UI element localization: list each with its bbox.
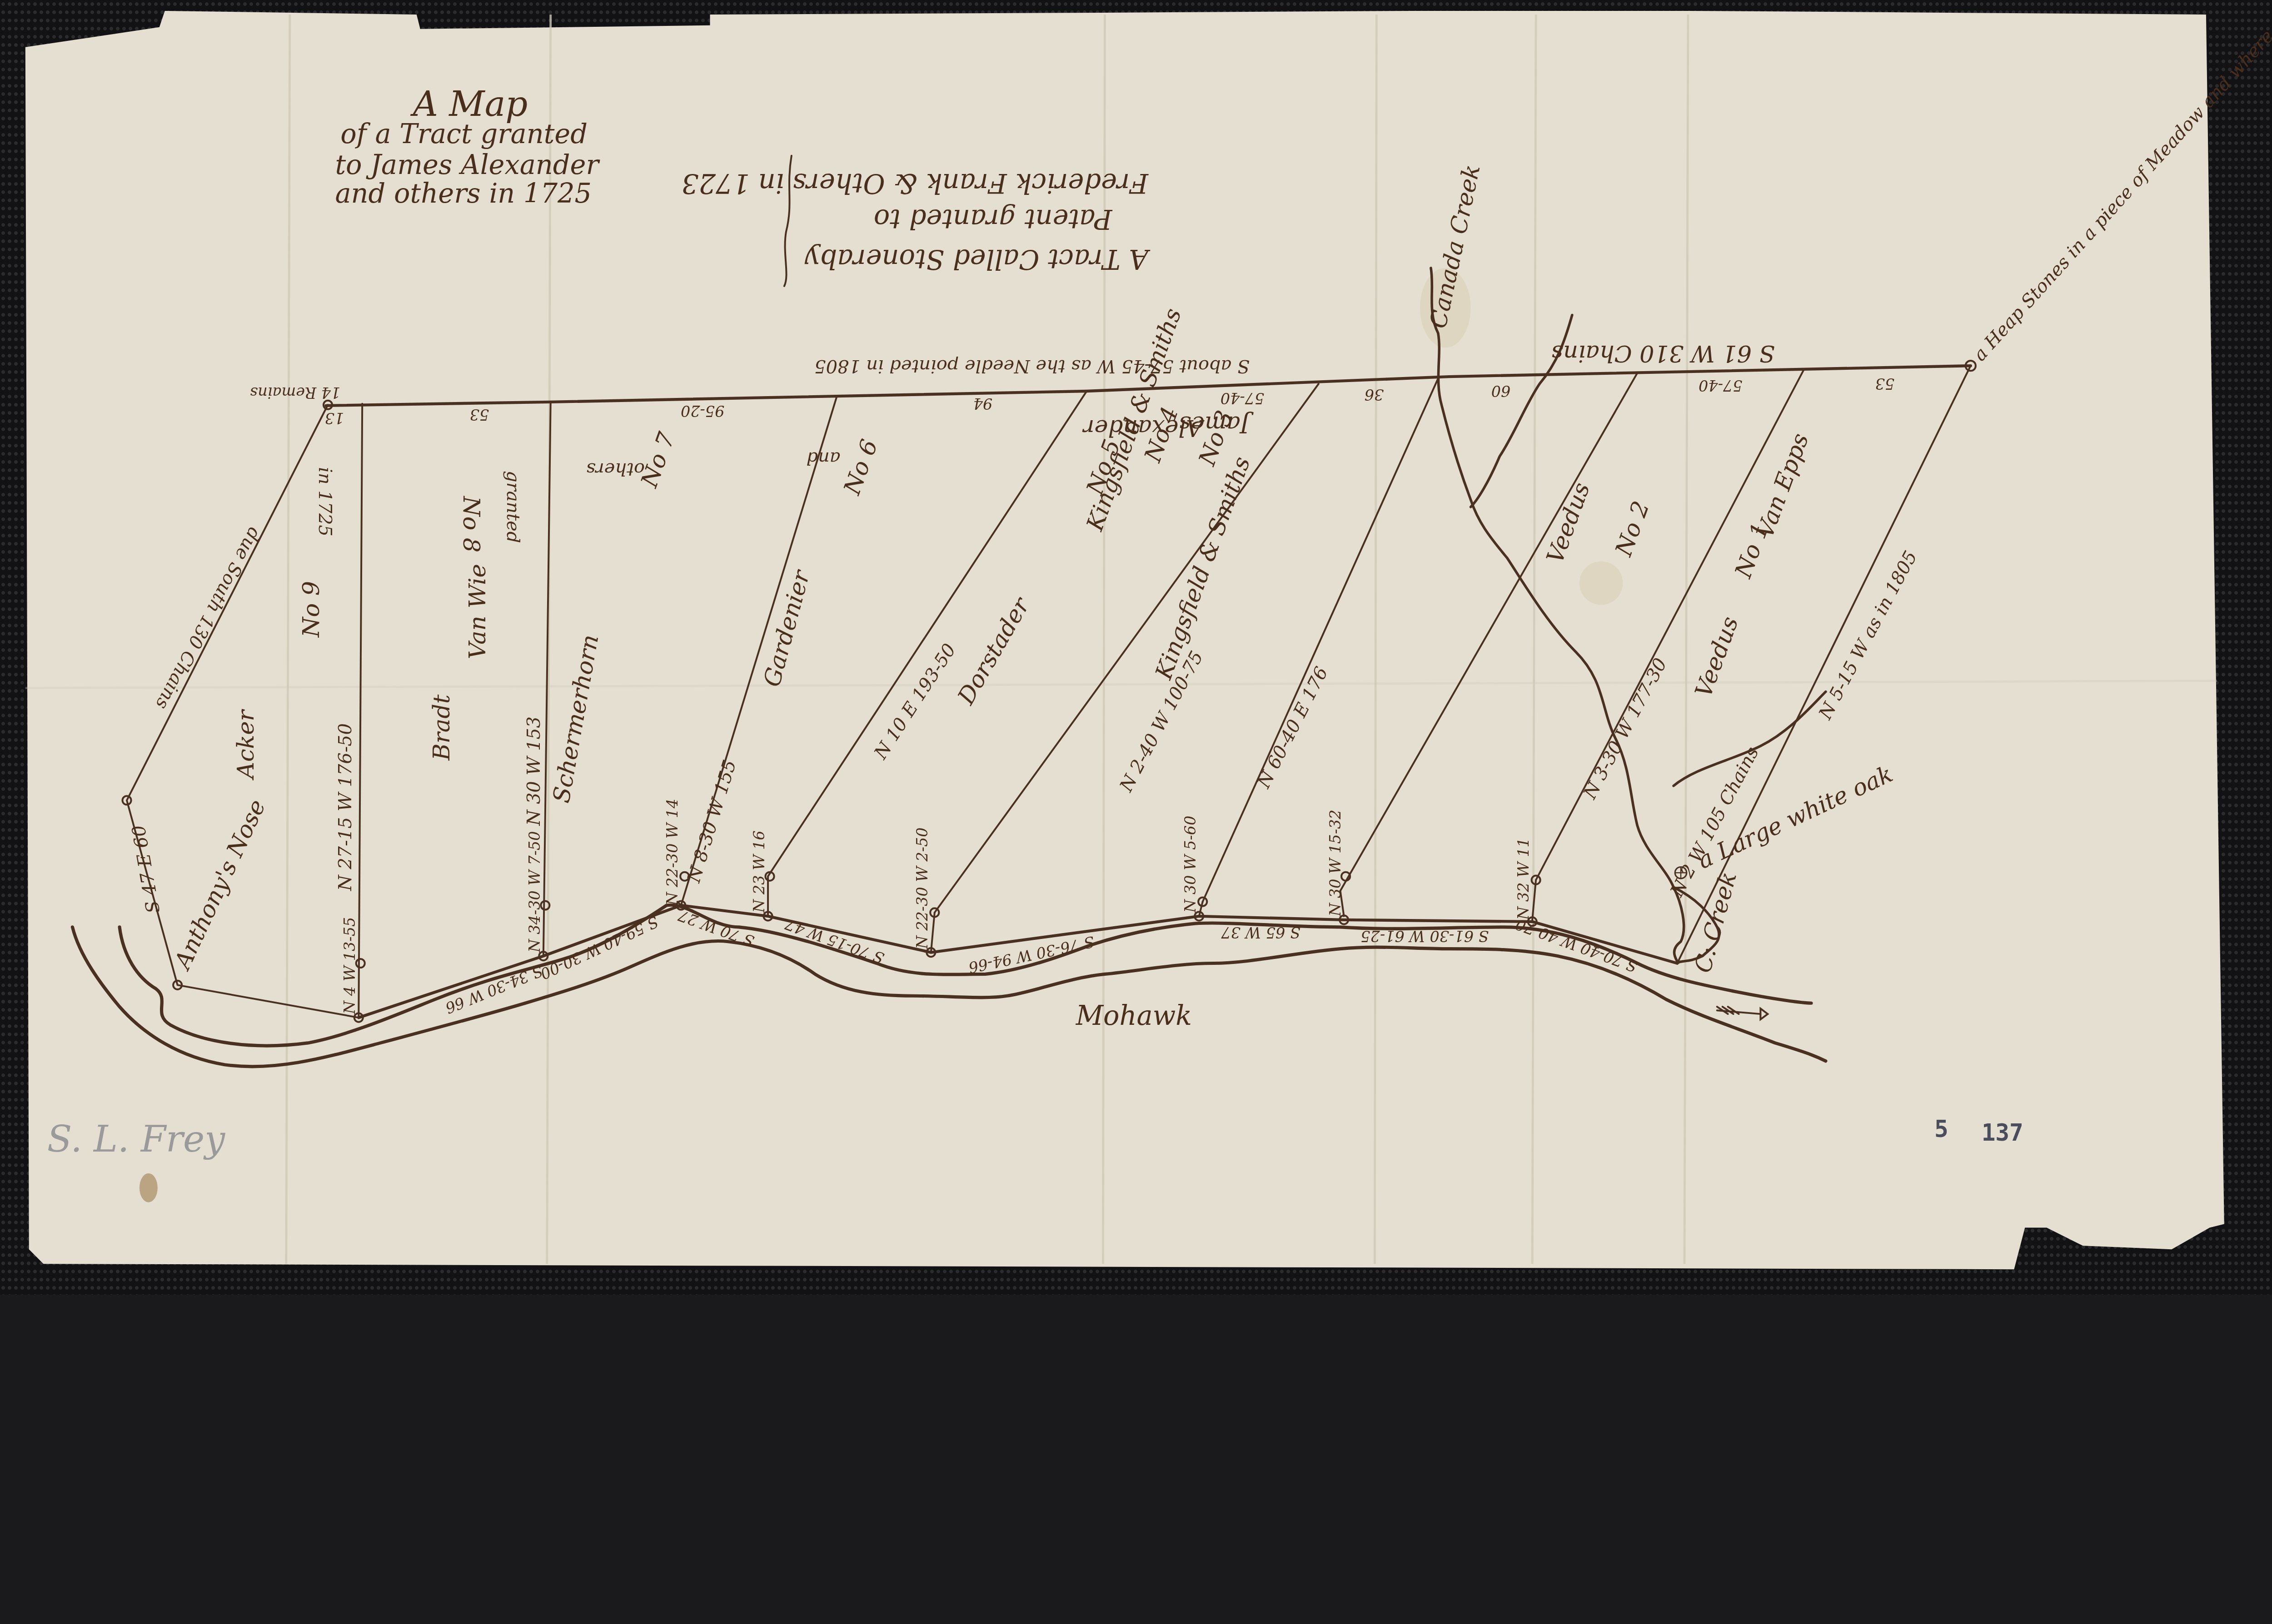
lot-9-note: in 1725 bbox=[314, 467, 335, 536]
lot-8-number: No 8 bbox=[458, 495, 484, 552]
segment-36: 36 bbox=[1365, 386, 1384, 403]
stain bbox=[1579, 561, 1623, 605]
inverted-note-line-2: Patent granted to bbox=[874, 204, 1113, 235]
title-line-3: to James Alexander bbox=[335, 149, 600, 180]
lot-8-owner: Bradt bbox=[428, 694, 455, 761]
lot-9-number: No 9 bbox=[298, 581, 325, 638]
short-bearing-2: N 34-30 W 7-50 bbox=[526, 831, 543, 953]
stamp-left: 5 bbox=[1934, 1116, 1948, 1143]
segment-57-40-b: 57-40 bbox=[1699, 377, 1742, 394]
corner-remains: 14 Remains bbox=[250, 384, 340, 402]
bearing-lot-line-2: N 30 W 153 bbox=[523, 716, 544, 826]
segment-13: 13 bbox=[325, 409, 344, 427]
bearing-lot-line-1: N 27-15 W 176-50 bbox=[335, 723, 356, 891]
top-bearing-right: S 61 W 310 Chains bbox=[1551, 340, 1775, 367]
mohawk-river-label: Mohawk bbox=[1076, 1000, 1192, 1031]
short-bearing-3: N 22-30 W 14 bbox=[663, 799, 681, 906]
inverted-note-line-1: A Tract Called Stoneraby bbox=[804, 243, 1151, 275]
lot-6-note: and bbox=[807, 448, 841, 469]
segment-57-40-a: 57-40 bbox=[1221, 389, 1264, 407]
river-course-6: S 65 W 37 bbox=[1221, 924, 1300, 941]
title-line-4: and others in 1725 bbox=[335, 178, 592, 209]
short-bearing-7: N 30 W 15-32 bbox=[1326, 810, 1344, 917]
map-canvas: A Map of a Tract granted to James Alexan… bbox=[0, 0, 2272, 1295]
short-bearing-8: N 32 W 11 bbox=[1515, 838, 1532, 920]
title-line-2: of a Tract granted bbox=[340, 118, 588, 149]
short-bearing-1: N 4 W 13-55 bbox=[341, 917, 359, 1014]
lot-9-owner: Acker bbox=[233, 709, 259, 780]
lot-8-note: granted bbox=[503, 471, 523, 543]
segment-94: 94 bbox=[973, 395, 993, 412]
segment-60: 60 bbox=[1491, 382, 1511, 400]
segment-53: 53 bbox=[470, 406, 489, 423]
top-bearing-note: S about 57-45 W as the Needle pointed in… bbox=[814, 356, 1250, 377]
lot-7-note: others bbox=[586, 459, 645, 480]
segment-53-b: 53 bbox=[1875, 375, 1895, 392]
short-bearing-4: N 23 W 16 bbox=[750, 830, 768, 913]
short-bearing-5: N 22-30 W 2-50 bbox=[913, 827, 931, 949]
stamp-right: 137 bbox=[1982, 1120, 2023, 1147]
segment-95-20: 95-20 bbox=[681, 402, 724, 420]
lot-8-owner-2: Van Wie bbox=[464, 564, 491, 659]
stain bbox=[140, 1173, 158, 1202]
map-viewer: A Map of a Tract granted to James Alexan… bbox=[0, 0, 2272, 1295]
short-bearing-6: N 30 W 5-60 bbox=[1181, 816, 1199, 913]
river-course-7: S 61-30 W 61-25 bbox=[1360, 927, 1489, 945]
inverted-note-line-3: Frederick Frank & Others in 1723 bbox=[682, 168, 1149, 199]
pencil-signature: S. L. Frey bbox=[47, 1118, 226, 1160]
